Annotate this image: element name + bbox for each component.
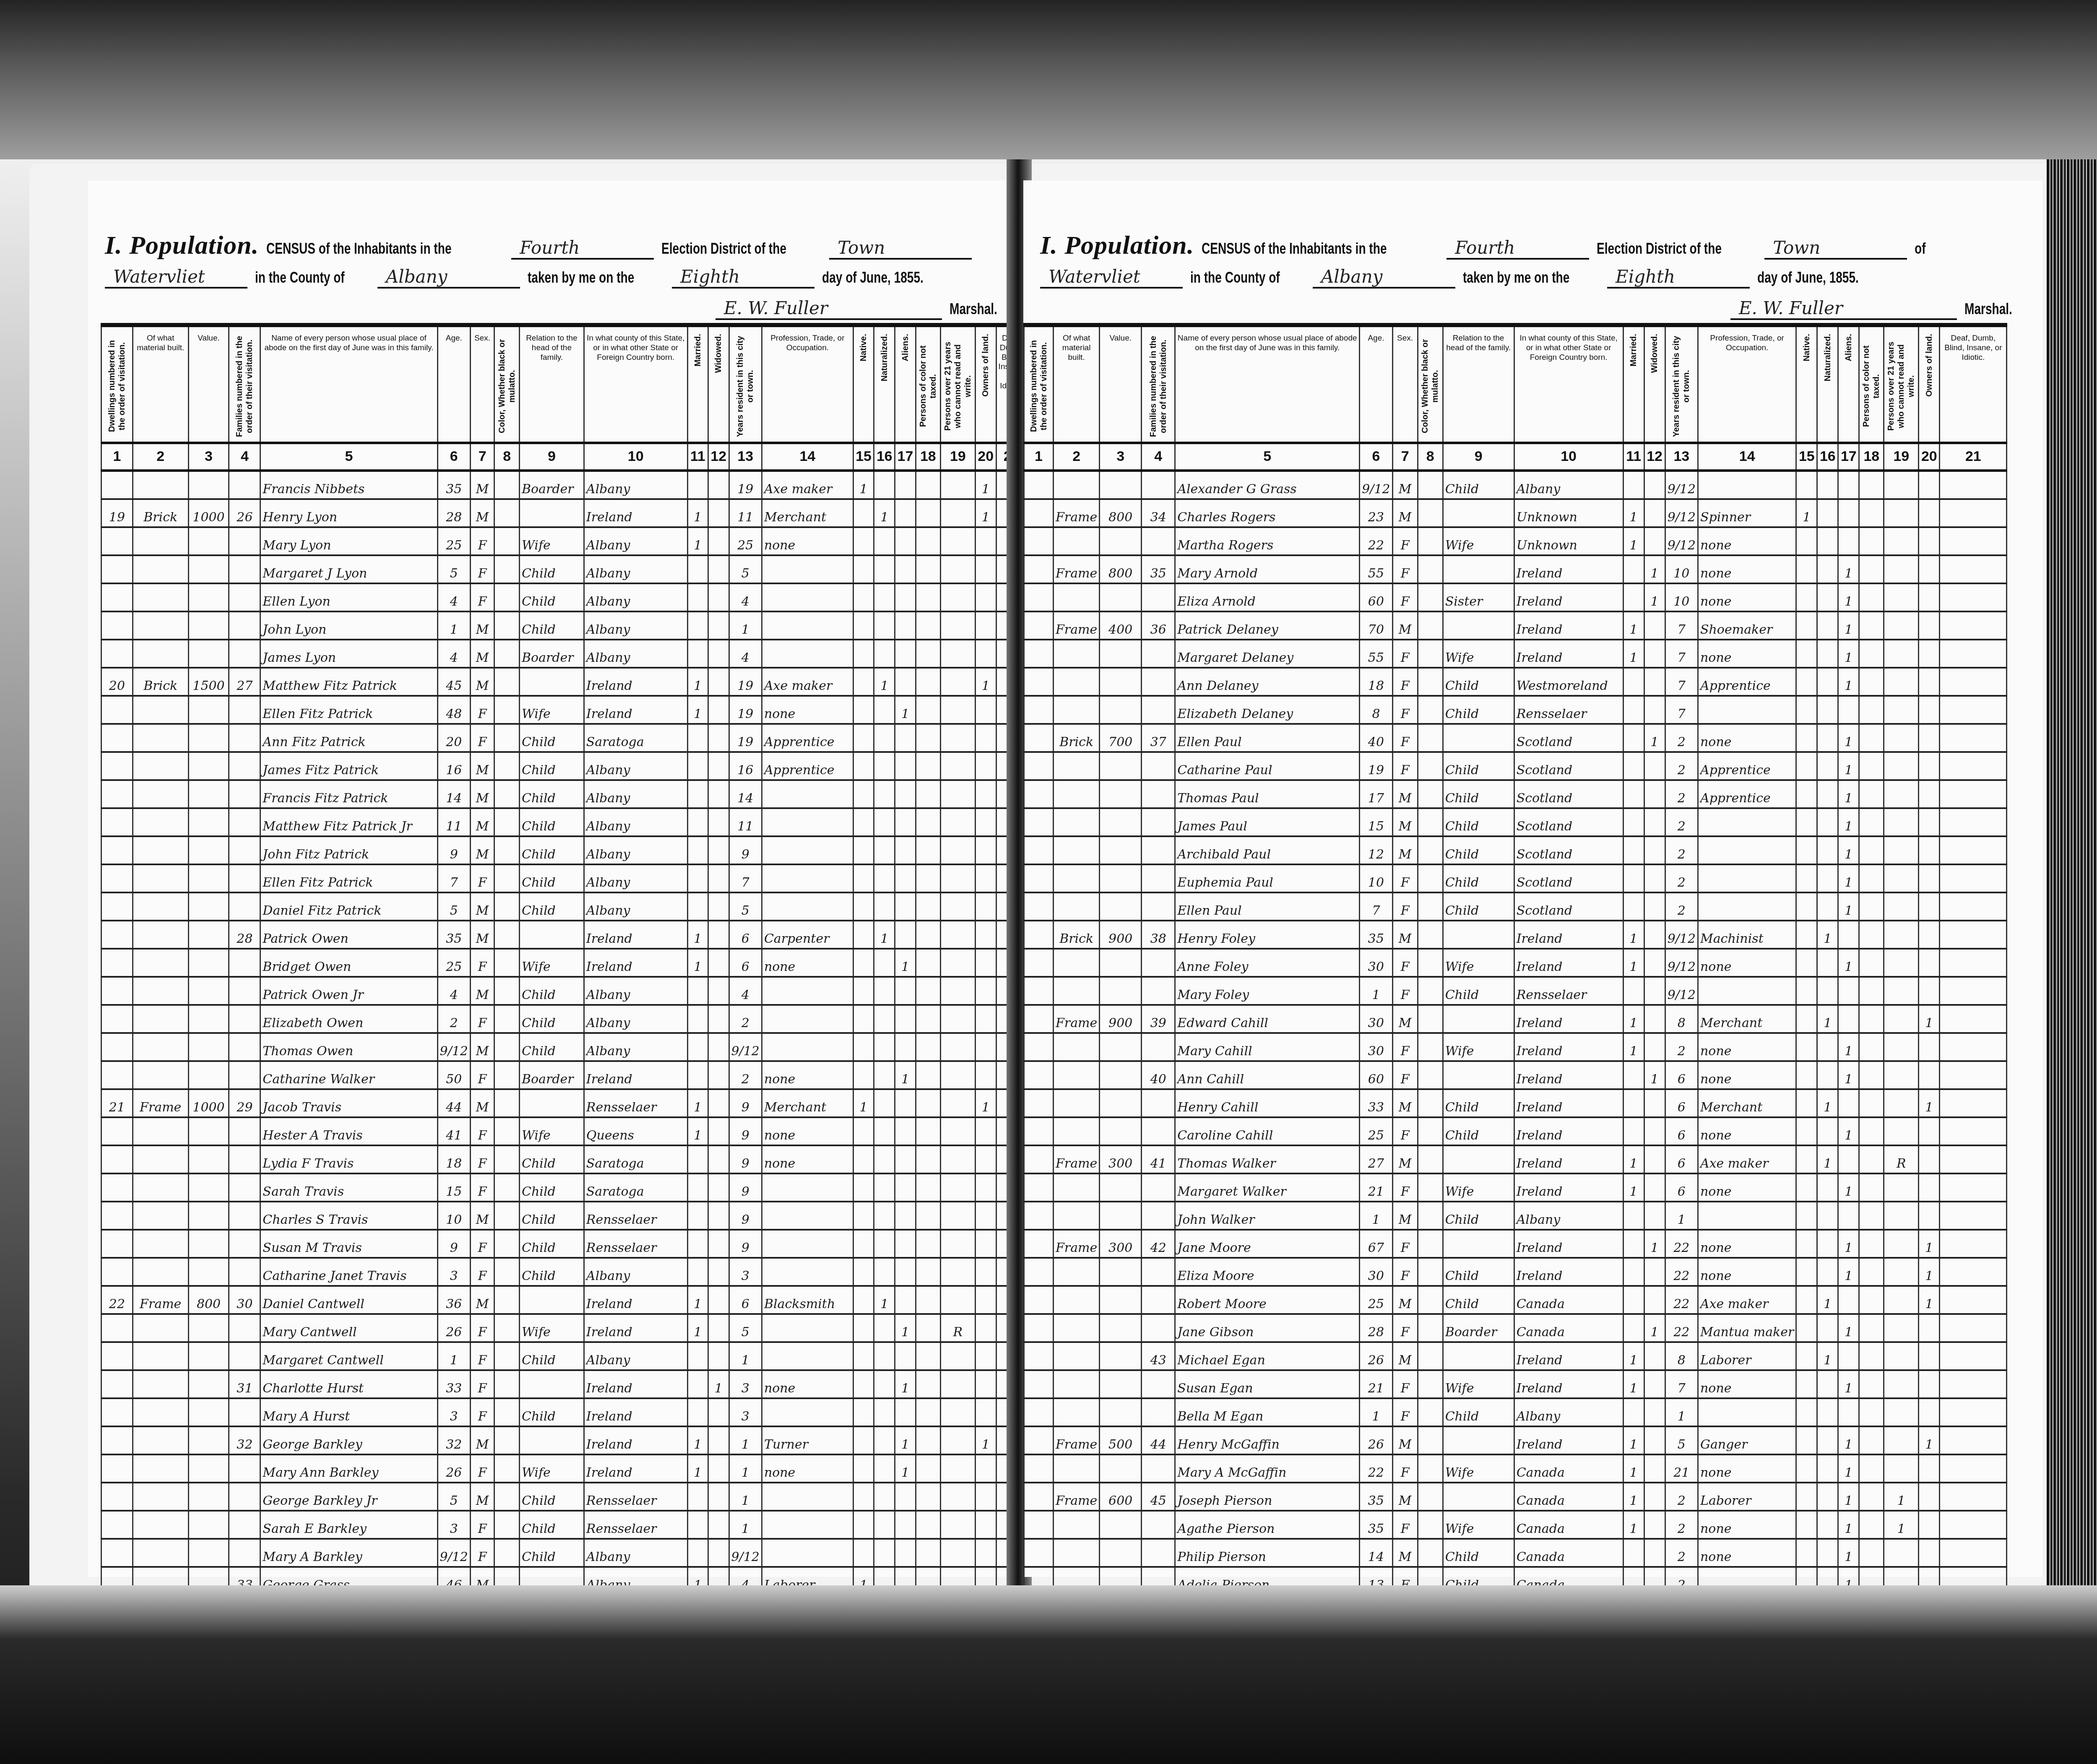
cell-married xyxy=(687,640,708,668)
cell-col19 xyxy=(1884,836,1919,864)
cell-married xyxy=(1623,1089,1644,1117)
cell-born: Albany xyxy=(584,1258,687,1286)
cell-family xyxy=(1142,696,1175,724)
cell-married: 1 xyxy=(1623,921,1644,949)
cell-born: Canada xyxy=(1514,1454,1623,1483)
cell-born: Saratoga xyxy=(584,1145,687,1173)
cell-occupation: Axe maker xyxy=(762,471,853,499)
cell-col18 xyxy=(916,1005,940,1033)
cell-married xyxy=(687,471,708,499)
cell-value xyxy=(1100,527,1142,555)
cell-occupation: Apprentice xyxy=(1698,668,1796,696)
cell-married xyxy=(1623,1202,1644,1230)
cell-born: Unknown xyxy=(1514,527,1623,555)
cell-name: Mary Cantwell xyxy=(260,1314,437,1342)
cell-naturalized xyxy=(874,1426,895,1454)
cell-born: Ireland xyxy=(1514,1230,1623,1258)
cell-married: 1 xyxy=(1623,1005,1644,1033)
cell-owners xyxy=(975,527,996,555)
cell-aliens xyxy=(895,892,916,921)
table-row: 36Mary Ann Barkley26FWifeIreland11none1 xyxy=(101,1454,1027,1483)
cell-material xyxy=(133,977,188,1005)
column-number-2: 2 xyxy=(133,443,188,471)
cell-name: Henry McGaffin xyxy=(1175,1426,1360,1454)
cell-age: 21 xyxy=(1360,1173,1392,1202)
cell-age: 9/12 xyxy=(437,1033,470,1061)
cell-value xyxy=(188,471,229,499)
cell-naturalized xyxy=(1817,1202,1838,1230)
cell-aliens: 1 xyxy=(1838,1426,1859,1454)
cell-col21: 11 xyxy=(1940,752,2007,780)
table-row: 3Mary Lyon25FWifeAlbany125none xyxy=(101,527,1027,555)
cell-age: 7 xyxy=(1360,892,1392,921)
cell-aliens: 1 xyxy=(1838,949,1859,977)
cell-native xyxy=(1796,640,1817,668)
cell-family xyxy=(1142,752,1175,780)
cell-occupation xyxy=(1698,808,1796,836)
cell-native xyxy=(853,1258,874,1286)
cell-aliens xyxy=(1838,1202,1859,1230)
cell-age: 4 xyxy=(437,977,470,1005)
cell-occupation xyxy=(762,1173,853,1202)
cell-col18 xyxy=(916,1033,940,1061)
cell-col19 xyxy=(940,1454,975,1483)
cell-dwelling xyxy=(1024,1454,1054,1483)
table-row: 2123Frame100029Jacob Travis44MRensselaer… xyxy=(101,1089,1027,1117)
cell-sex: M xyxy=(470,640,494,668)
cell-age: 55 xyxy=(1360,555,1392,583)
cell-col18 xyxy=(1859,1117,1884,1145)
cell-col18 xyxy=(916,752,940,780)
cell-name: Henry Foley xyxy=(1175,921,1360,949)
cell-name: James Paul xyxy=(1175,808,1360,836)
cell-color xyxy=(494,864,520,892)
cell-col19 xyxy=(1884,1426,1919,1454)
cell-age: 28 xyxy=(437,499,470,527)
cell-born: Scotland xyxy=(1514,780,1623,808)
cell-aliens xyxy=(1838,921,1859,949)
cell-col19 xyxy=(940,921,975,949)
cell-relation: Child xyxy=(520,611,584,640)
cell-owners xyxy=(1919,724,1940,752)
cell-native xyxy=(1796,1230,1817,1258)
cell-value xyxy=(1100,668,1142,696)
cell-age: 22 xyxy=(1360,1454,1392,1483)
cell-col18 xyxy=(916,892,940,921)
cell-color xyxy=(1418,1089,1443,1117)
cell-native xyxy=(1796,1145,1817,1173)
taken-label: taken by me on the xyxy=(1463,269,1569,286)
cell-sex: F xyxy=(470,1314,494,1342)
cell-widowed xyxy=(1644,640,1665,668)
table-row: Catharine Paul19FChildScotland2Apprentic… xyxy=(1024,752,2007,780)
cell-aliens xyxy=(1838,1145,1859,1173)
cell-name: Margaret J Lyon xyxy=(260,555,437,583)
cell-years: 22 xyxy=(1665,1314,1698,1342)
cell-col18 xyxy=(1859,1483,1884,1511)
cell-married xyxy=(1623,1117,1644,1145)
cell-age: 19 xyxy=(1360,752,1392,780)
cell-material xyxy=(133,1342,188,1370)
cell-relation xyxy=(520,1089,584,1117)
cell-naturalized xyxy=(1817,724,1838,752)
cell-col19 xyxy=(1884,1173,1919,1202)
column-number-3: 3 xyxy=(1100,443,1142,471)
cell-name: John Lyon xyxy=(260,611,437,640)
cell-sex: M xyxy=(470,808,494,836)
cell-sex: F xyxy=(1392,977,1418,1005)
table-row: Alexander G Grass9/12MChildAlbany9/121 xyxy=(1024,471,2007,499)
cell-owners xyxy=(1919,1483,1940,1511)
cell-col21: 32 xyxy=(1940,1342,2007,1370)
district-field: Fourth xyxy=(1447,237,1589,260)
cell-family: 32 xyxy=(229,1426,260,1454)
cell-relation xyxy=(1443,555,1514,583)
cell-relation: Child xyxy=(1443,1089,1514,1117)
cell-dwelling xyxy=(1024,1342,1054,1370)
cell-col18 xyxy=(916,1286,940,1314)
cell-born: Ireland xyxy=(1514,1426,1623,1454)
cell-material xyxy=(133,1005,188,1033)
cell-name: George Barkley xyxy=(260,1426,437,1454)
table-row: Archibald Paul12MChildScotland2114 xyxy=(1024,836,2007,864)
cell-name: Agathe Pierson xyxy=(1175,1511,1360,1539)
table-row: Robert Moore25MChildCanada22Axe maker113… xyxy=(1024,1286,2007,1314)
cell-aliens: 1 xyxy=(1838,864,1859,892)
cell-owners xyxy=(975,1539,996,1567)
column-number-20: 20 xyxy=(975,443,996,471)
cell-aliens xyxy=(895,1286,916,1314)
cell-married xyxy=(687,1145,708,1173)
cell-name: Joseph Pierson xyxy=(1175,1483,1360,1511)
cell-years: 7 xyxy=(1665,640,1698,668)
table-row: Frame40036Patrick Delaney70MIreland17Sho… xyxy=(1024,611,2007,640)
cell-dwelling: 3 xyxy=(101,527,133,555)
cell-relation: Wife xyxy=(1443,527,1514,555)
cell-col19 xyxy=(1884,892,1919,921)
cell-owners xyxy=(1919,864,1940,892)
column-number-6: 6 xyxy=(437,443,470,471)
cell-col19 xyxy=(1884,1454,1919,1483)
cell-family: 43 xyxy=(1142,1342,1175,1370)
cell-age: 18 xyxy=(1360,668,1392,696)
cell-dwelling xyxy=(1024,921,1054,949)
cell-col18 xyxy=(1859,1454,1884,1483)
cell-value xyxy=(188,1173,229,1202)
table-row: 37George Barkley Jr5MChildRensselaer1 xyxy=(101,1483,1027,1511)
cell-material xyxy=(133,1033,188,1061)
cell-aliens xyxy=(895,1539,916,1567)
cell-widowed xyxy=(1644,836,1665,864)
cell-col18 xyxy=(1859,555,1884,583)
cell-native xyxy=(853,1145,874,1173)
cell-color xyxy=(1418,1426,1443,1454)
cell-sex: M xyxy=(470,1202,494,1230)
cell-color xyxy=(1418,1286,1443,1314)
cell-age: 5 xyxy=(437,555,470,583)
cell-naturalized xyxy=(874,1342,895,1370)
cell-relation: Child xyxy=(1443,892,1514,921)
cell-married: 1 xyxy=(687,1454,708,1483)
cell-material xyxy=(133,892,188,921)
cell-aliens: 1 xyxy=(895,1061,916,1089)
cell-native xyxy=(853,583,874,611)
column-header-9: Relation to the head of the family. xyxy=(1443,325,1514,443)
cell-occupation xyxy=(762,780,853,808)
cell-occupation xyxy=(762,836,853,864)
cell-married xyxy=(687,1033,708,1061)
cell-years: 9/12 xyxy=(729,1539,762,1567)
column-number-16: 16 xyxy=(1817,443,1838,471)
cell-occupation: Ganger xyxy=(1698,1426,1796,1454)
cell-dwelling: 14 xyxy=(101,836,133,864)
cell-col18 xyxy=(1859,1314,1884,1342)
cell-naturalized xyxy=(874,780,895,808)
cell-owners xyxy=(975,1286,996,1314)
cell-owners xyxy=(1919,640,1940,668)
cell-widowed xyxy=(1644,808,1665,836)
cell-dwelling xyxy=(1024,668,1054,696)
cell-dwelling xyxy=(1024,1173,1054,1202)
cell-color xyxy=(1418,780,1443,808)
cell-years: 2 xyxy=(1665,836,1698,864)
cell-relation: Child xyxy=(1443,471,1514,499)
cell-name: James Lyon xyxy=(260,640,437,668)
cell-col19 xyxy=(940,780,975,808)
cell-age: 10 xyxy=(1360,864,1392,892)
cell-col19 xyxy=(1884,1061,1919,1089)
cell-col18 xyxy=(916,1061,940,1089)
cell-naturalized xyxy=(874,724,895,752)
table-row: 26Sarah Travis15FChildSaratoga9 xyxy=(101,1173,1027,1202)
cell-age: 11 xyxy=(437,808,470,836)
cell-sex: M xyxy=(1392,1005,1418,1033)
cell-value xyxy=(1100,1286,1142,1314)
cell-sex: F xyxy=(1392,668,1418,696)
cell-born: Ireland xyxy=(1514,949,1623,977)
cell-color xyxy=(494,1483,520,1511)
cell-relation xyxy=(520,1370,584,1398)
cell-family xyxy=(229,1314,260,1342)
cell-col19 xyxy=(940,555,975,583)
cell-widowed xyxy=(1644,527,1665,555)
cell-born: Scotland xyxy=(1514,808,1623,836)
table-row: 29Catharine Janet Travis3FChildAlbany3 xyxy=(101,1258,1027,1286)
cell-col18 xyxy=(1859,1005,1884,1033)
cell-material xyxy=(1054,1370,1100,1398)
cell-col21: 38 xyxy=(1940,1511,2007,1539)
cell-widowed xyxy=(708,724,729,752)
cell-married xyxy=(687,1230,708,1258)
cell-aliens: 1 xyxy=(1838,1061,1859,1089)
cell-naturalized xyxy=(874,1258,895,1286)
cell-born: Scotland xyxy=(1514,892,1623,921)
cell-relation: Wife xyxy=(520,1454,584,1483)
cell-years: 2 xyxy=(729,1061,762,1089)
cell-born: Albany xyxy=(584,892,687,921)
cell-value: 1000 xyxy=(188,1089,229,1117)
cell-color xyxy=(494,1089,520,1117)
cell-col21: 23 xyxy=(1940,1089,2007,1117)
town-field: Town xyxy=(1764,237,1907,260)
cell-relation: Child xyxy=(1443,668,1514,696)
cell-family xyxy=(1142,1511,1175,1539)
cell-widowed xyxy=(1644,1005,1665,1033)
cell-relation: Boarder xyxy=(520,640,584,668)
cell-color xyxy=(494,1173,520,1202)
cell-born: Ireland xyxy=(1514,921,1623,949)
cell-born: Ireland xyxy=(1514,1089,1623,1117)
cell-col18 xyxy=(916,836,940,864)
column-numbers: 123456789101112131415161718192021 xyxy=(1024,443,2007,471)
cell-sex: M xyxy=(470,471,494,499)
cell-married xyxy=(1623,555,1644,583)
cell-widowed xyxy=(1644,1117,1665,1145)
cell-owners xyxy=(975,1005,996,1033)
cell-born: Albany xyxy=(584,1005,687,1033)
cell-sex: M xyxy=(1392,921,1418,949)
cell-married xyxy=(1623,724,1644,752)
cell-occupation: Apprentice xyxy=(762,724,853,752)
column-number-13: 13 xyxy=(729,443,762,471)
cell-born: Ireland xyxy=(584,499,687,527)
cell-married: 1 xyxy=(1623,640,1644,668)
cell-native xyxy=(853,668,874,696)
cell-widowed xyxy=(708,668,729,696)
cell-material xyxy=(1054,836,1100,864)
cell-owners xyxy=(1919,1511,1940,1539)
cell-widowed: 1 xyxy=(1644,724,1665,752)
cell-occupation: Machinist xyxy=(1698,921,1796,949)
cell-years: 9 xyxy=(729,1145,762,1173)
column-number-7: 7 xyxy=(470,443,494,471)
cell-name: Ellen Paul xyxy=(1175,724,1360,752)
cell-name: Mary Lyon xyxy=(260,527,437,555)
cell-owners xyxy=(1919,977,1940,1005)
column-header-3: Value. xyxy=(1100,325,1142,443)
cell-native xyxy=(1796,1539,1817,1567)
cell-married xyxy=(687,752,708,780)
cell-age: 9/12 xyxy=(437,1539,470,1567)
cell-col18 xyxy=(1859,1539,1884,1567)
cell-color xyxy=(1418,724,1443,752)
cell-family: 28 xyxy=(229,921,260,949)
cell-value: 300 xyxy=(1100,1145,1142,1173)
cell-material xyxy=(1054,977,1100,1005)
cell-col19 xyxy=(940,836,975,864)
cell-col18 xyxy=(916,780,940,808)
cell-occupation xyxy=(762,1202,853,1230)
cell-widowed xyxy=(708,611,729,640)
cell-relation: Child xyxy=(1443,1258,1514,1286)
cell-married xyxy=(687,1370,708,1398)
cell-name: Archibald Paul xyxy=(1175,836,1360,864)
cell-relation xyxy=(1443,1061,1514,1089)
cell-family: 35 xyxy=(1142,555,1175,583)
cell-dwelling xyxy=(1024,1314,1054,1342)
cell-married xyxy=(1623,864,1644,892)
cell-color xyxy=(1418,1173,1443,1202)
cell-col19 xyxy=(1884,1033,1919,1061)
cell-age: 26 xyxy=(1360,1342,1392,1370)
cell-material: Brick xyxy=(1054,921,1100,949)
cell-material: Frame xyxy=(1054,555,1100,583)
cell-material xyxy=(133,696,188,724)
cell-widowed xyxy=(708,1145,729,1173)
cell-family xyxy=(1142,1258,1175,1286)
cell-naturalized xyxy=(874,808,895,836)
cell-naturalized xyxy=(874,1033,895,1061)
column-headers: Dwellings numbered in the order of visit… xyxy=(101,325,1027,443)
cell-years: 3 xyxy=(729,1258,762,1286)
cell-occupation: Apprentice xyxy=(1698,780,1796,808)
cell-col18 xyxy=(1859,1286,1884,1314)
cell-years: 2 xyxy=(1665,1483,1698,1511)
cell-dwelling: 13 xyxy=(101,808,133,836)
cell-born: Ireland xyxy=(584,1370,687,1398)
cell-married xyxy=(1623,836,1644,864)
column-number-13: 13 xyxy=(1665,443,1698,471)
cell-aliens xyxy=(895,977,916,1005)
cell-relation: Boarder xyxy=(520,1061,584,1089)
cell-years: 21 xyxy=(1665,1454,1698,1483)
cell-native xyxy=(1796,1314,1817,1342)
cell-years: 2 xyxy=(729,1005,762,1033)
cell-married: 1 xyxy=(687,1314,708,1342)
cell-family xyxy=(1142,471,1175,499)
cell-col18 xyxy=(1859,921,1884,949)
cell-col18 xyxy=(1859,724,1884,752)
cell-color xyxy=(494,1342,520,1370)
cell-col19 xyxy=(940,1483,975,1511)
cell-age: 7 xyxy=(437,864,470,892)
table-row: Frame60045Joseph Pierson35MCanada12Labor… xyxy=(1024,1483,2007,1511)
cell-family xyxy=(229,1539,260,1567)
cell-born: Albany xyxy=(584,471,687,499)
cell-aliens: 1 xyxy=(895,1426,916,1454)
cell-color xyxy=(1418,668,1443,696)
cell-col18 xyxy=(1859,752,1884,780)
cell-born: Albany xyxy=(584,977,687,1005)
cell-col18 xyxy=(1859,668,1884,696)
cell-born: Albany xyxy=(584,780,687,808)
cell-naturalized xyxy=(874,611,895,640)
cell-married: 1 xyxy=(1623,1370,1644,1398)
cell-sex: M xyxy=(1392,1342,1418,1370)
cell-family xyxy=(229,724,260,752)
cell-name: Anne Foley xyxy=(1175,949,1360,977)
cell-occupation xyxy=(762,808,853,836)
cell-col19 xyxy=(1884,977,1919,1005)
cell-widowed xyxy=(1644,864,1665,892)
cell-material xyxy=(133,780,188,808)
cell-born: Ireland xyxy=(584,949,687,977)
cell-name: Mary Foley xyxy=(1175,977,1360,1005)
cell-years: 5 xyxy=(729,555,762,583)
cell-age: 12 xyxy=(1360,836,1392,864)
cell-dwelling: 17 xyxy=(101,921,133,949)
cell-years: 22 xyxy=(1665,1230,1698,1258)
column-number-18: 18 xyxy=(916,443,940,471)
cell-color xyxy=(494,724,520,752)
cell-name: Francis Nibbets xyxy=(260,471,437,499)
cell-native xyxy=(1796,808,1817,836)
cell-married xyxy=(687,808,708,836)
cell-native xyxy=(1796,1370,1817,1398)
cell-married: 1 xyxy=(1623,1511,1644,1539)
cell-occupation: none xyxy=(1698,1454,1796,1483)
cell-col21: 21 xyxy=(1940,1033,2007,1061)
